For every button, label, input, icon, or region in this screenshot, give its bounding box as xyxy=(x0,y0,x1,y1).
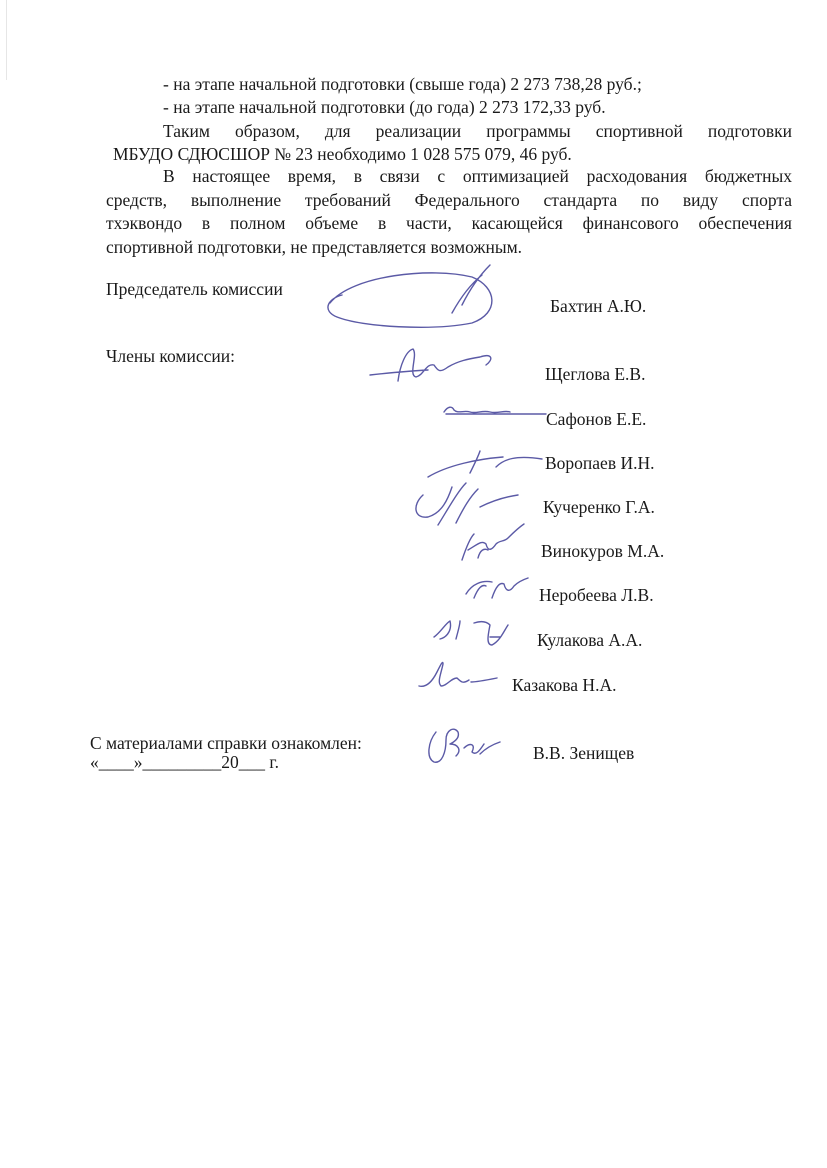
chairman-signature xyxy=(322,265,502,335)
member-signature-7 xyxy=(417,656,502,701)
current-status-line2: средств, выполнение требований Федеральн… xyxy=(106,190,792,211)
member-name: Сафонов Е.Е. xyxy=(546,409,646,430)
current-status-text: В настоящее время, в связи с оптимизацие… xyxy=(163,166,792,187)
conclusion-text: Таким образом, для реализации программы … xyxy=(163,121,792,142)
member-name: Щеглова Е.В. xyxy=(545,364,645,385)
member-name: Неробеева Л.В. xyxy=(539,585,654,606)
acknowledgement-name: В.В. Зенищев xyxy=(533,743,634,764)
acknowledgement-label: С материалами справки ознакомлен: xyxy=(90,733,362,754)
members-label: Члены комиссии: xyxy=(106,346,235,367)
current-status-line3: тхэквондо в полном объеме в части, касаю… xyxy=(106,213,792,234)
budget-line-initial-under-year: - на этапе начальной подготовки (до года… xyxy=(163,97,606,118)
member-name: Казакова Н.А. xyxy=(512,675,616,696)
scan-edge-artifact xyxy=(6,0,7,80)
conclusion-paragraph-line2: МБУДО СДЮСШОР № 23 необходимо 1 028 575 … xyxy=(113,144,572,165)
current-status-line4: спортивной подготовки, не представляется… xyxy=(106,237,522,258)
conclusion-paragraph-line1: Таким образом, для реализации программы … xyxy=(163,121,792,142)
member-name: Кучеренко Г.А. xyxy=(543,497,655,518)
member-name: Кулакова А.А. xyxy=(537,630,642,651)
member-signature-5 xyxy=(462,574,532,609)
member-signature-4 xyxy=(458,520,538,570)
acknowledgement-date-line: «____»_________20___ г. xyxy=(90,752,279,773)
member-signature-2 xyxy=(442,404,552,425)
acknowledgement-signature xyxy=(424,722,504,772)
chairman-label: Председатель комиссии xyxy=(106,279,283,300)
member-name: Винокуров М.А. xyxy=(541,541,664,562)
member-signature-6 xyxy=(430,615,515,660)
member-name: Воропаев И.Н. xyxy=(545,453,655,474)
current-status-text: средств, выполнение требований Федеральн… xyxy=(106,190,792,211)
member-signature-1 xyxy=(368,345,498,395)
current-status-line1: В настоящее время, в связи с оптимизацие… xyxy=(163,166,792,187)
budget-line-initial-over-year: - на этапе начальной подготовки (свыше г… xyxy=(163,74,642,95)
current-status-text: тхэквондо в полном объеме в части, касаю… xyxy=(106,213,792,234)
chairman-name: Бахтин А.Ю. xyxy=(550,296,646,317)
